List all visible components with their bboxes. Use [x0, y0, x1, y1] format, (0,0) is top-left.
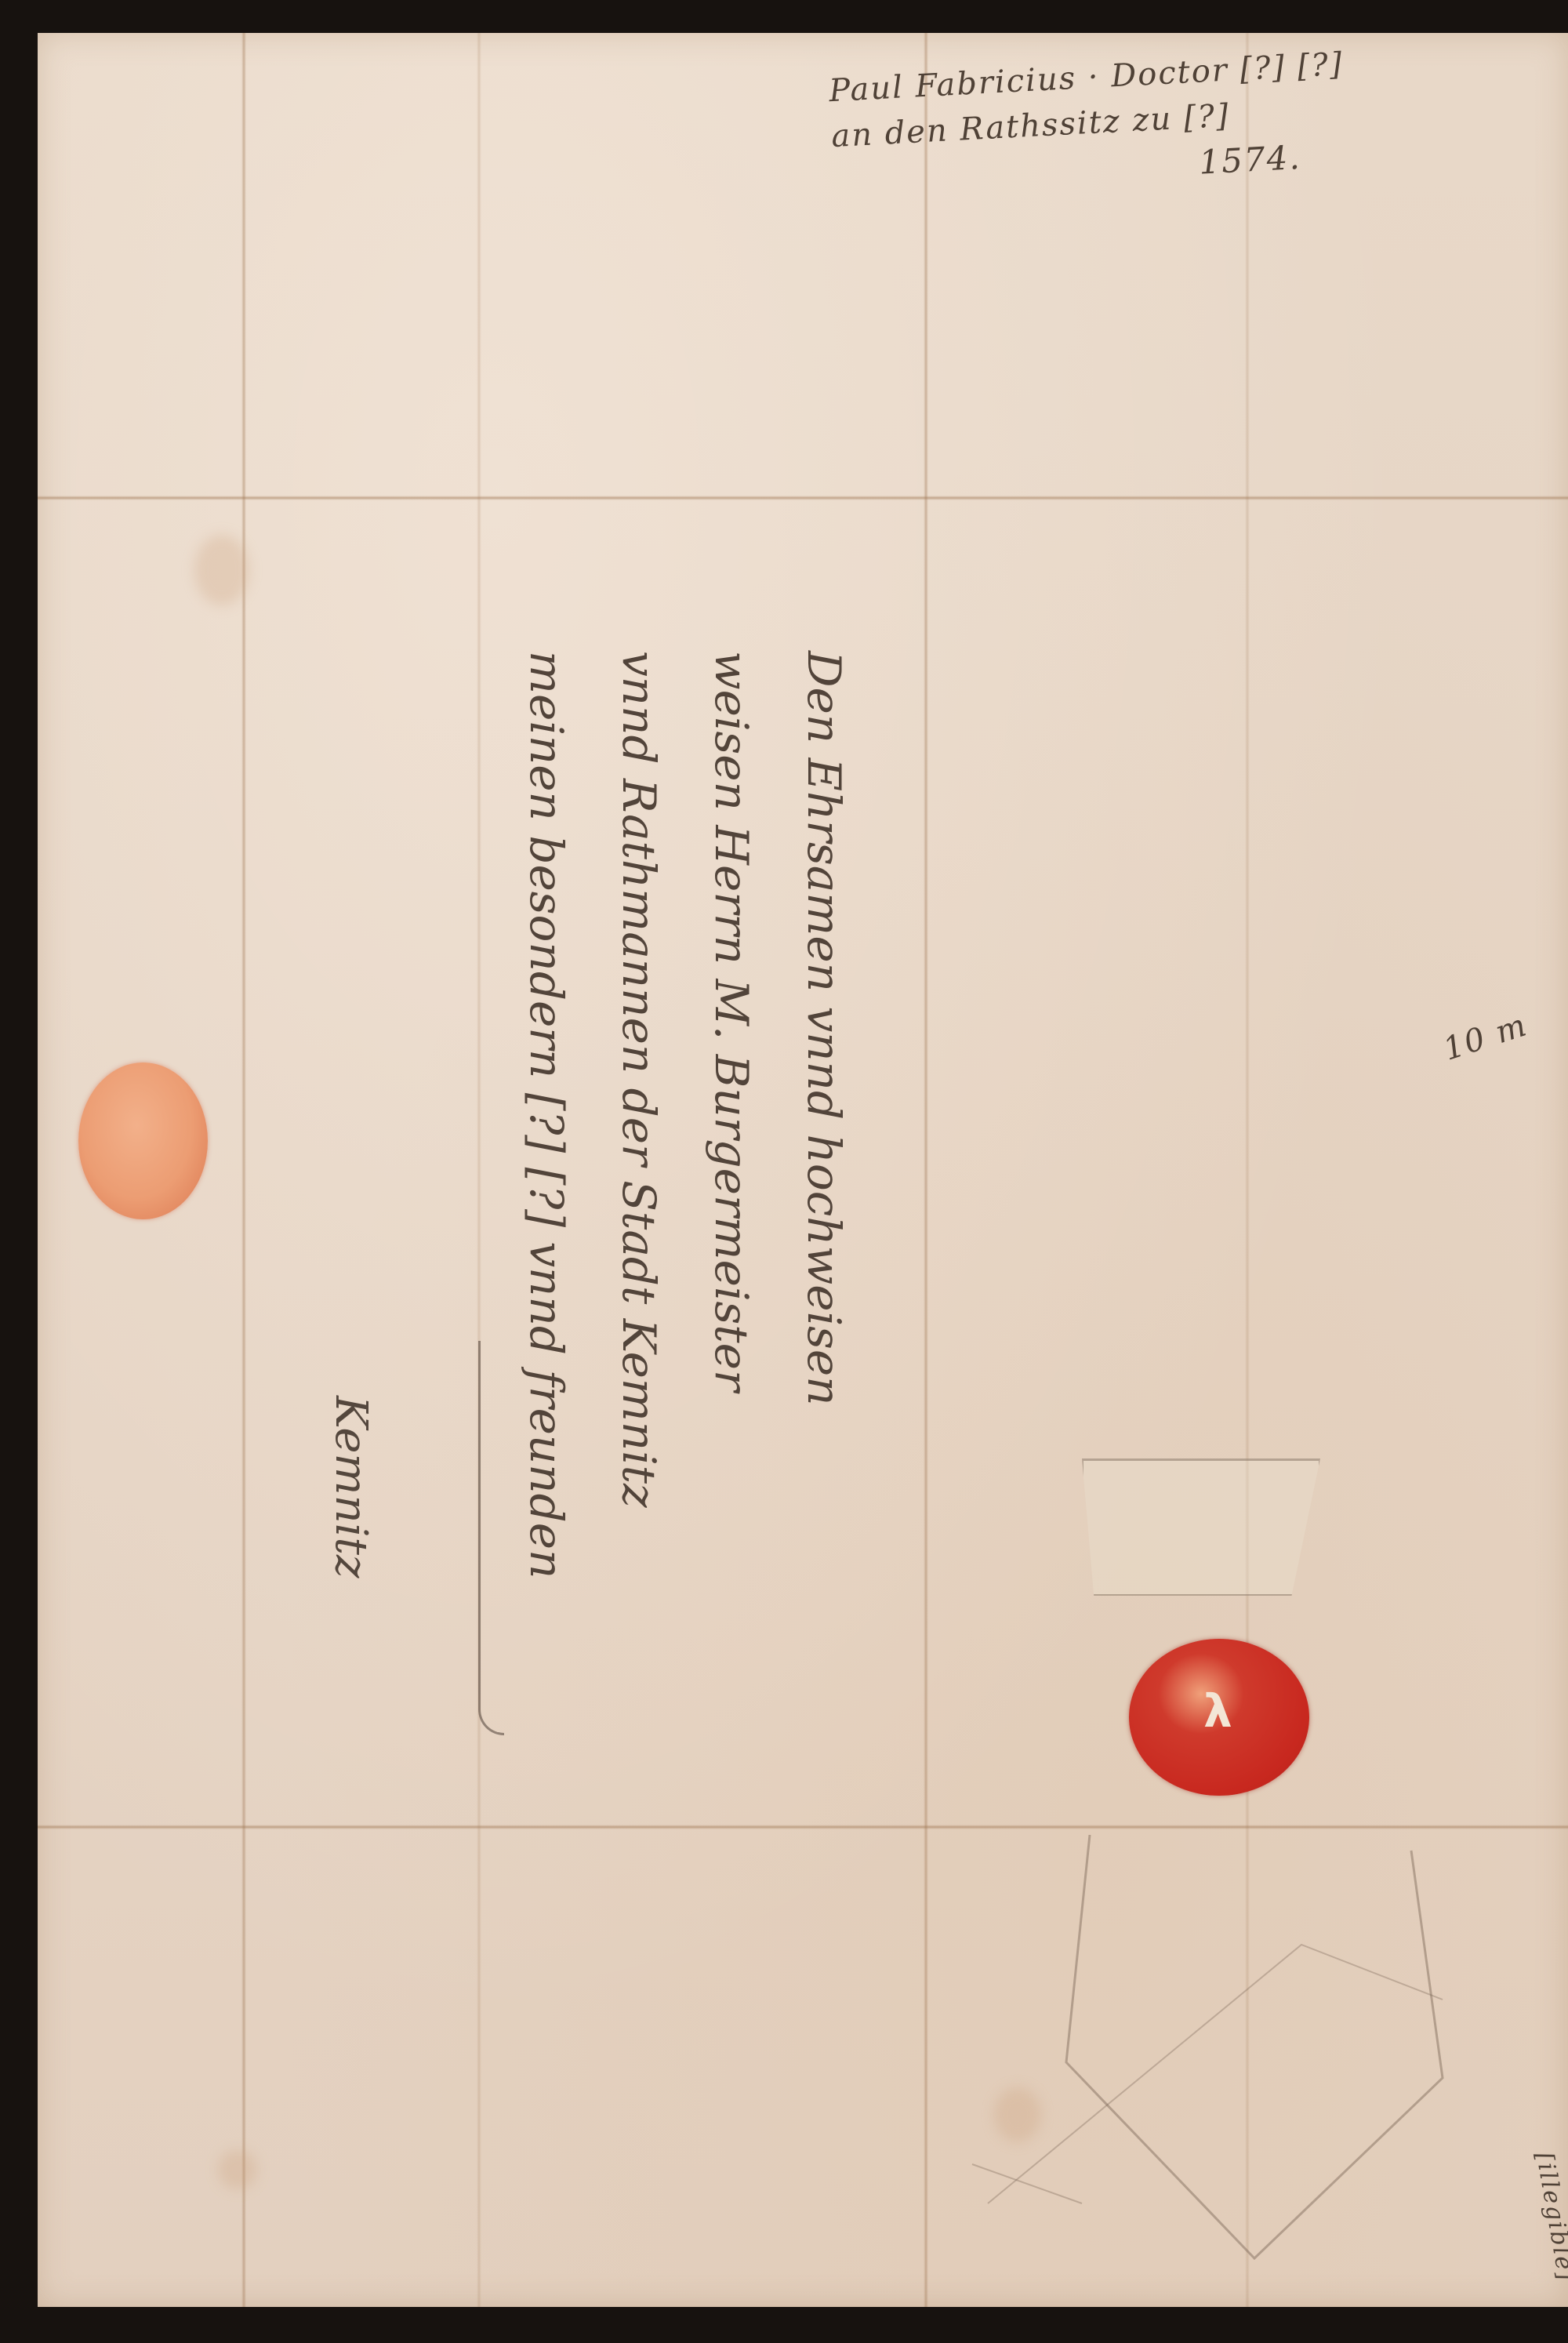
wax-seal-red: λ: [1129, 1639, 1309, 1796]
fold-line-vertical: [241, 33, 246, 2307]
envelope-fold-outline: [941, 1835, 1490, 2274]
address-line-2: weisen Herrn M. Burgermeister: [685, 651, 778, 1578]
paper-flap: [1082, 1458, 1320, 1596]
address-line-1: Den Ehrsamen vnnd hochweisen: [778, 651, 870, 1578]
place-name: Kemnitz: [325, 1396, 376, 1578]
water-stain: [194, 535, 249, 605]
fold-line-horizontal: [38, 496, 1568, 500]
address-line-3: vnnd Rathmannen der Stadt Kemnitz: [593, 651, 685, 1578]
fold-line-vertical: [924, 33, 928, 2307]
water-stain: [218, 2150, 257, 2189]
address-line-4: meinen besondern [?] [?] vnnd freunden: [500, 651, 593, 1578]
archive-note: Paul Fabricius · Doctor [?] [?] an den R…: [828, 42, 1349, 205]
fold-line-vertical: [477, 33, 481, 2307]
address-block: Den Ehrsamen vnnd hochweisen weisen Herr…: [500, 651, 870, 1578]
seal-paper-slip-icon: λ: [1203, 1687, 1235, 1735]
wax-seal-orange: [78, 1063, 208, 1219]
fold-line-horizontal: [38, 1825, 1568, 1829]
address-bracket: [478, 1341, 504, 1735]
